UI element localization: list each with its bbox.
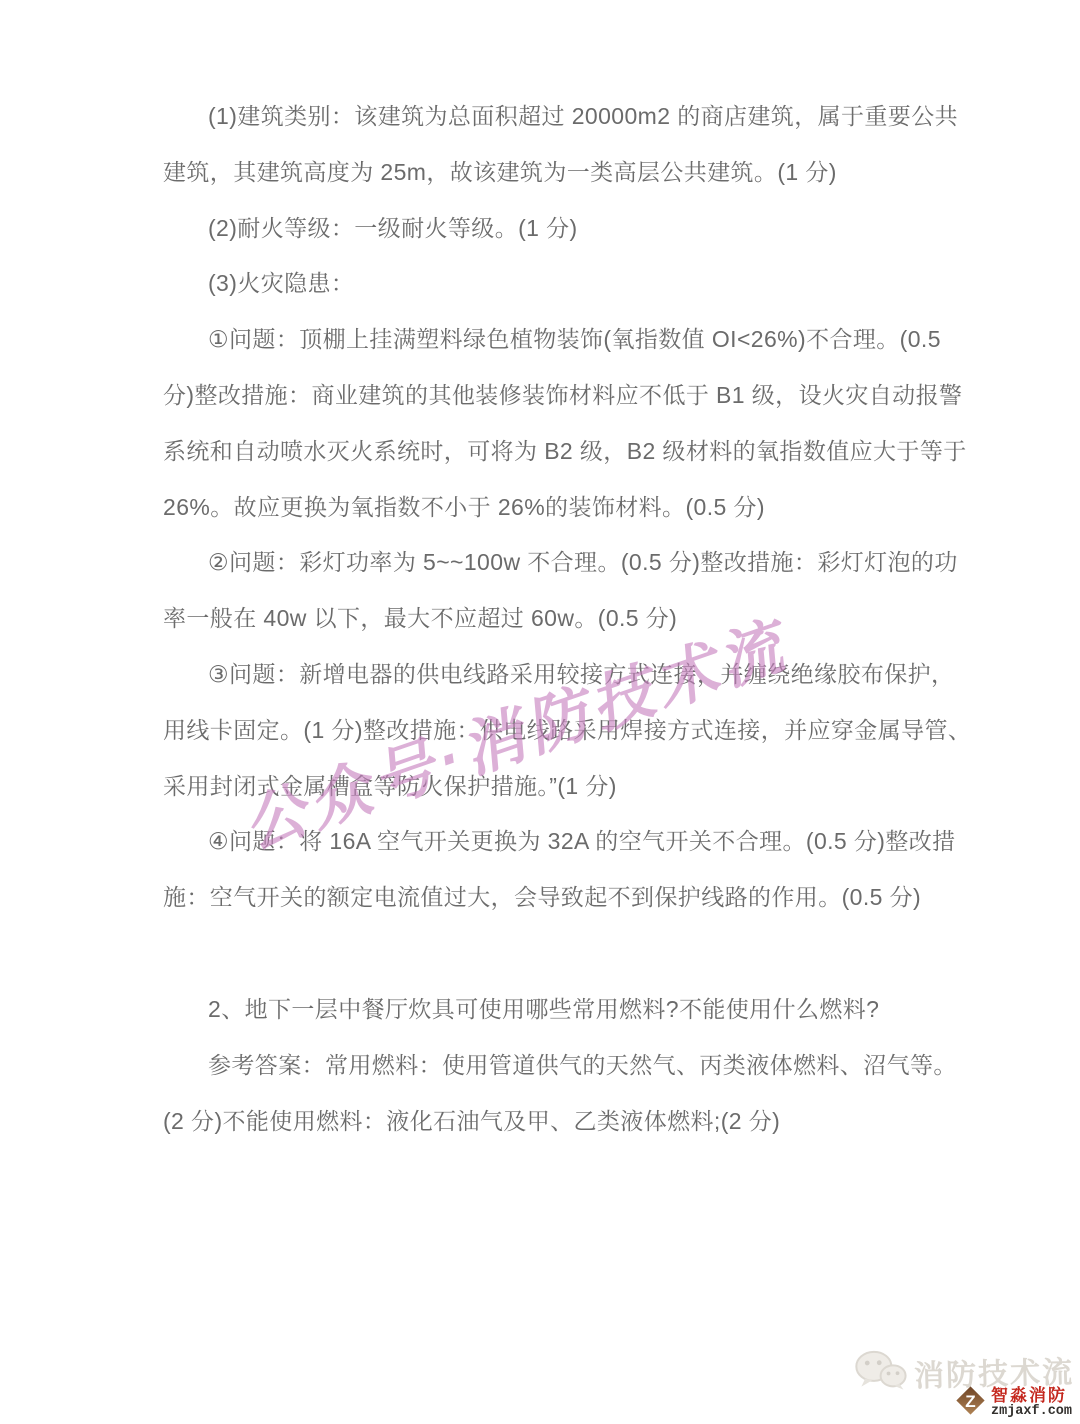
- brand-domain: zmjaxf.com: [991, 1405, 1072, 1419]
- text-line: (2 分)不能使用燃料：液化石油气及甲、乙类液体燃料;(2 分): [163, 1094, 953, 1150]
- text-line: 施：空气开关的额定电流值过大，会导致起不到保护线路的作用。(0.5 分): [163, 870, 953, 926]
- text-line: ②问题：彩灯功率为 5~~100w 不合理。(0.5 分)整改措施：彩灯灯泡的功: [163, 535, 953, 591]
- text-line: 分)整改措施：商业建筑的其他装修装饰材料应不低于 B1 级，设火灾自动报警: [163, 368, 953, 424]
- text-line: (2)耐火等级：一级耐火等级。(1 分): [163, 201, 953, 257]
- text-line: ④问题：将 16A 空气开关更换为 32A 的空气开关不合理。(0.5 分)整改…: [163, 814, 953, 870]
- document-page: (1)建筑类别：该建筑为总面积超过 20000m2 的商店建筑，属于重要公共 建…: [0, 0, 1080, 1424]
- brand-name: 智淼消防: [991, 1387, 1072, 1405]
- text-line: ①问题：顶棚上挂满塑料绿色植物装饰(氧指数值 OI<26%)不合理。(0.5: [163, 312, 953, 368]
- diamond-z-icon: Z: [954, 1384, 987, 1422]
- text-line: 26%。故应更换为氧指数不小于 26%的装饰材料。(0.5 分): [163, 480, 953, 536]
- text-line: 系统和自动喷水灭火系统时，可将为 B2 级，B2 级材料的氧指数值应大于等于: [163, 424, 953, 480]
- paragraph-gap: [163, 926, 953, 982]
- answer-text-block: (1)建筑类别：该建筑为总面积超过 20000m2 的商店建筑，属于重要公共 建…: [163, 89, 953, 1149]
- text-line: 用线卡固定。(1 分)整改措施：供电线路采用焊接方式连接，并应穿金属导管、: [163, 703, 953, 759]
- text-line: (1)建筑类别：该建筑为总面积超过 20000m2 的商店建筑，属于重要公共: [163, 89, 953, 145]
- text-line: 建筑，其建筑高度为 25m，故该建筑为一类高层公共建筑。(1 分): [163, 145, 953, 201]
- text-line: (3)火灾隐患：: [163, 256, 953, 312]
- wechat-bubbles-icon: [852, 1348, 909, 1398]
- text-line: 采用封闭式金属槽盒等防火保护措施。”(1 分): [163, 759, 953, 815]
- question-2-line: 2、地下一层中餐厅炊具可使用哪些常用燃料?不能使用什么燃料?: [163, 982, 953, 1038]
- svg-text:Z: Z: [965, 1392, 975, 1411]
- brand-badge: Z 智淼消防 zmjaxf.com: [954, 1384, 1072, 1422]
- text-line: 率一般在 40w 以下，最大不应超过 60w。(0.5 分): [163, 591, 953, 647]
- text-line: 参考答案：常用燃料：使用管道供气的天然气、丙类液体燃料、沼气等。: [163, 1038, 953, 1094]
- text-line: ③问题：新增电器的供电线路采用较接方式连接，并缠绕绝缘胶布保护，: [163, 647, 953, 703]
